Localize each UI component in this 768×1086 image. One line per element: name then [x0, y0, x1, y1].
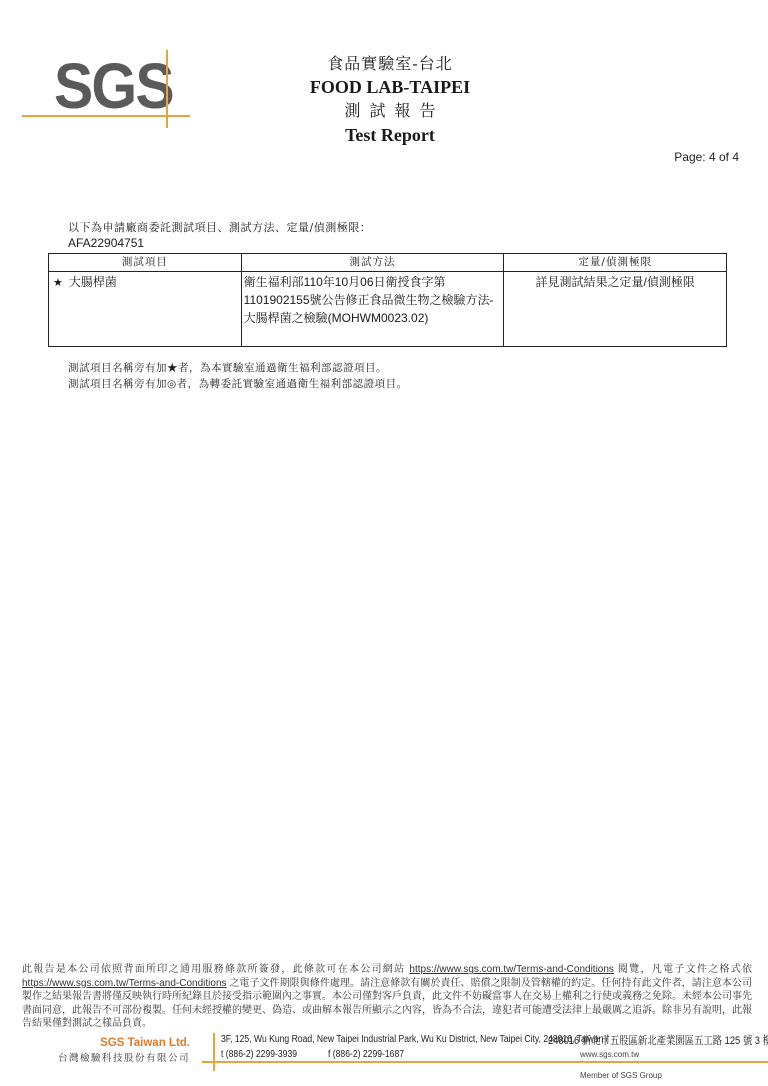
- table-header-row: 測試項目 測試方法 定量/偵測極限: [49, 254, 727, 272]
- test-item-name: 大腸桿菌: [69, 275, 117, 289]
- logo-horizontal-line: [22, 115, 190, 117]
- footer-vertical-line: [213, 1033, 215, 1071]
- company-name-zh: 台灣檢驗科技股份有限公司: [58, 1050, 190, 1064]
- company-name-en: SGS Taiwan Ltd.: [100, 1037, 190, 1049]
- table-row: ★大腸桿菌 衛生福利部110年10月06日衛授食字第 1101902155號公告…: [49, 272, 727, 347]
- telephone: t (886-2) 2299-3939: [221, 1049, 297, 1060]
- note-star: 測試項目名稱旁有加★者，為本實驗室通過衛生福利部認證項目。: [68, 360, 408, 376]
- report-title-zh: 測試報告: [290, 98, 490, 124]
- cell-test-method: 衛生福利部110年10月06日衛授食字第 1101902155號公告修正食品微生…: [241, 272, 504, 347]
- method-line: 1101902155號公告修正食品微生物之檢驗方法-: [244, 291, 500, 309]
- page-indicator: Page: 4 of 4: [674, 150, 739, 164]
- disclaimer-text: 閱覽，凡電子文件之格式依: [614, 964, 752, 975]
- address-zh: 248016 新北市五股區新北產業園區五工路 125 號 3 樓: [548, 1032, 768, 1048]
- lab-name-zh: 食品實驗室-台北: [290, 52, 490, 76]
- test-items-table: 測試項目 測試方法 定量/偵測極限 ★大腸桿菌 衛生福利部110年10月06日衛…: [48, 253, 727, 347]
- member-of-sgs-group: Member of SGS Group: [580, 1071, 662, 1080]
- sgs-logo-icon: SGS: [54, 54, 173, 118]
- footer-horizontal-line: [202, 1061, 768, 1063]
- header-detection-limit: 定量/偵測極限: [504, 254, 727, 272]
- logo-vertical-line: [166, 50, 168, 128]
- fax: f (886-2) 2299-1687: [328, 1049, 404, 1060]
- terms-link[interactable]: https://www.sgs.com.tw/Terms-and-Conditi…: [22, 978, 227, 989]
- disclaimer: 此報告是本公司依照背面所印之通用服務條款所簽發，此條款可在本公司網站 https…: [22, 963, 752, 1031]
- sgs-logo: SGS: [22, 50, 192, 130]
- intro-text: 以下為申請廠商委託測試項目、測試方法、定量/偵測極限：: [68, 219, 371, 235]
- method-line: 衛生福利部110年10月06日衛授食字第: [244, 273, 500, 291]
- report-header: 食品實驗室-台北 FOOD LAB-TAIPEI 測試報告 Test Repor…: [290, 52, 490, 146]
- note-circle: 測試項目名稱旁有加◎者，為轉委託實驗室通過衛生福利部認證項目。: [68, 376, 408, 392]
- header-test-method: 測試方法: [241, 254, 504, 272]
- cell-detection-limit: 詳見測試結果之定量/偵測極限: [504, 272, 727, 347]
- header-test-item: 測試項目: [49, 254, 242, 272]
- cell-test-item: ★大腸桿菌: [49, 272, 242, 347]
- disclaimer-text: 此報告是本公司依照背面所印之通用服務條款所簽發，此條款可在本公司網站: [22, 964, 409, 975]
- star-icon: ★: [53, 277, 63, 289]
- terms-link[interactable]: https://www.sgs.com.tw/Terms-and-Conditi…: [409, 964, 614, 975]
- website[interactable]: www.sgs.com.tw: [580, 1050, 639, 1059]
- reference-number: AFA22904751: [68, 236, 144, 250]
- report-title-en: Test Report: [290, 124, 490, 146]
- lab-name-en: FOOD LAB-TAIPEI: [290, 76, 490, 98]
- notes: 測試項目名稱旁有加★者，為本實驗室通過衛生福利部認證項目。 測試項目名稱旁有加◎…: [68, 360, 408, 392]
- method-line: 大腸桿菌之檢驗(MOHWM0023.02): [244, 309, 500, 327]
